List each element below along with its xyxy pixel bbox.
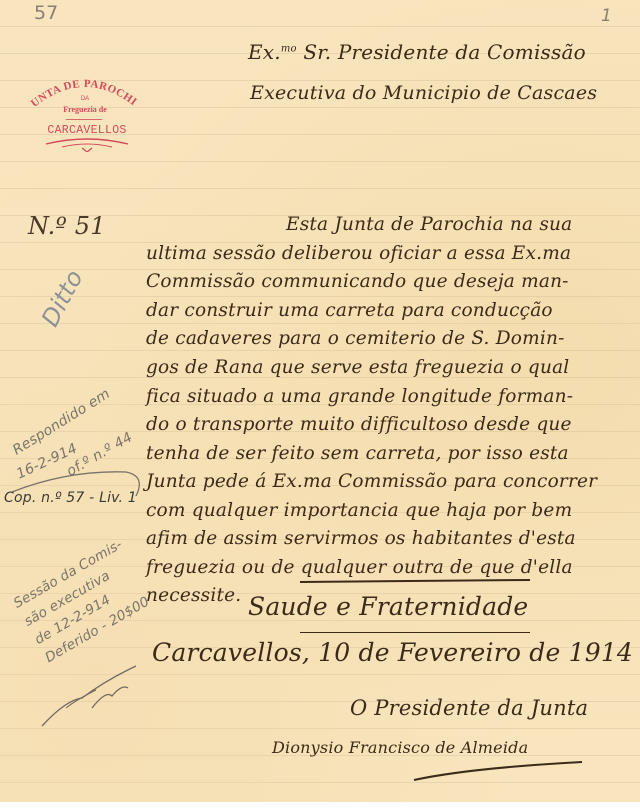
closing-underline	[300, 632, 530, 633]
signature-name: Dionysio Francisco de Almeida	[272, 738, 528, 757]
addressee-title: Sr. Presidente da Comissão	[303, 40, 586, 64]
body-line: de cadaveres para o cemiterio de S. Domi…	[146, 328, 565, 349]
margin-note-session: Sessão da Comis- são executiva de 12-2-9…	[10, 535, 158, 669]
body-line: Junta pede á Ex.ma Commissão para concor…	[146, 471, 597, 492]
stamp-line-freguezia: Freguezia de	[22, 105, 148, 114]
body-line: Esta Junta de Parochia na sua	[286, 214, 572, 235]
body-line: Commissão communicando que deseja man-	[146, 271, 569, 292]
parish-stamp: JUNTA DE PAROCHIA DA Freguezia de CARCAV…	[22, 72, 148, 152]
body-line: necessite.	[146, 585, 241, 606]
body-line: afim de assim servirmos os habitantes d'…	[146, 528, 576, 549]
body-line: dar construir uma carreta para conducção	[146, 300, 553, 321]
initials-signature-icon	[36, 660, 146, 730]
closing-salutation: Saude e Fraternidade	[248, 592, 528, 621]
letter-page: 57 1 JUNTA DE PAROCHIA DA Freguezia de C…	[0, 0, 640, 808]
stamp-line-da: DA	[22, 96, 148, 102]
body-line: freguezia ou de qualquer outra de que d'…	[146, 557, 573, 578]
archive-folio-number: 57	[34, 2, 58, 24]
stamp-divider	[66, 119, 102, 120]
stamp-flourish-icon	[42, 136, 132, 152]
margin-note-ditto: Ditto	[36, 265, 89, 331]
signature-title: O Presidente da Junta	[350, 696, 588, 720]
body-line: com qualquer importancia que haja por be…	[146, 500, 572, 521]
addressee-superscript: mo	[281, 43, 297, 54]
margin-note-copy-ref: Cop. n.º 57 - Liv. 1	[4, 490, 137, 506]
signature-flourish-icon	[410, 756, 590, 786]
page-number: 1	[601, 6, 612, 26]
body-line: do o transporte muito difficultoso desde…	[146, 414, 572, 435]
addressee-line-2: Executiva do Municipio de Cascaes	[250, 82, 597, 104]
addressee-prefix: Ex.	[248, 40, 281, 64]
body-line: fica situado a uma grande longitude form…	[146, 386, 573, 407]
underline-mark	[300, 579, 530, 583]
body-line: tenha de ser feito sem carreta, por isso…	[146, 443, 569, 464]
place-date: Carcavellos, 10 de Fevereiro de 1914	[152, 638, 633, 667]
body-line: gos de Rana que serve esta freguezia o q…	[146, 357, 569, 378]
reference-number: N.º 51	[28, 212, 106, 240]
addressee-line-1: Ex.mo Sr. Presidente da Comissão	[248, 40, 586, 64]
body-line: ultima sessão deliberou oficiar a essa E…	[146, 243, 571, 264]
